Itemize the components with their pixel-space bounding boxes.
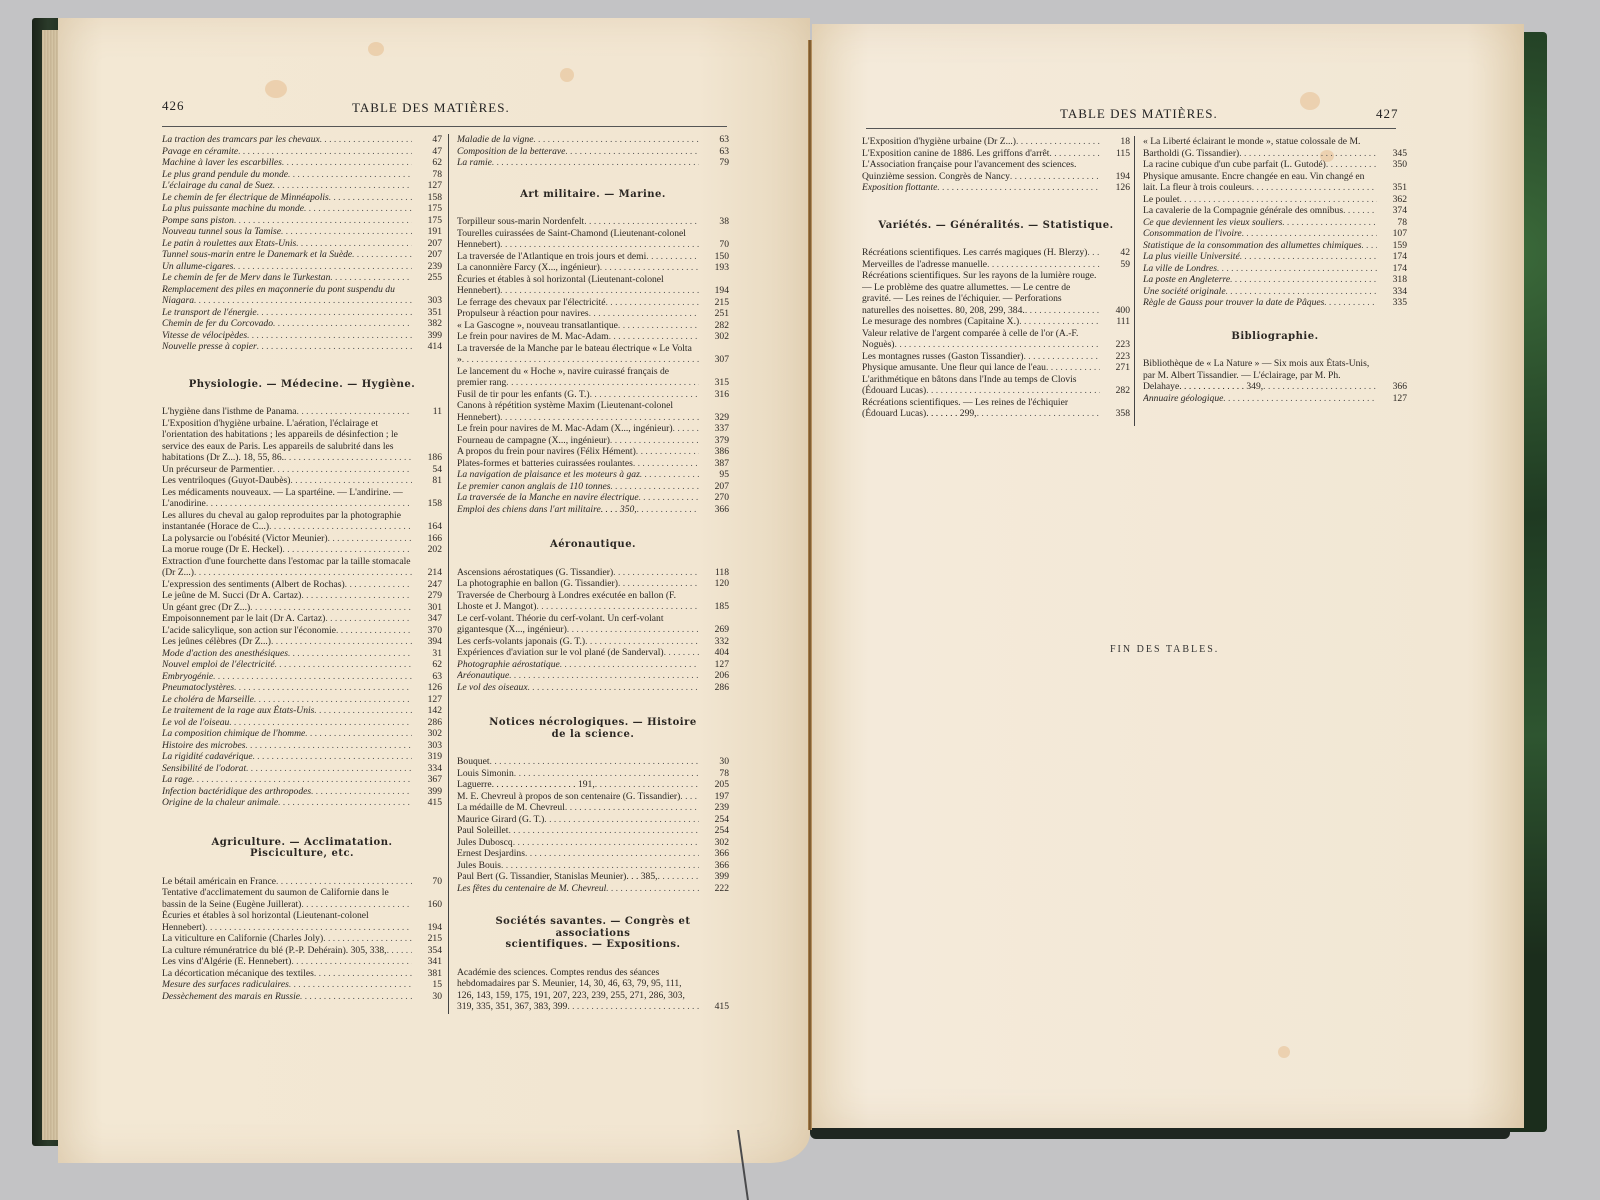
toc-entry-page: 351 xyxy=(412,307,442,319)
toc-entry: Le frein pour navires de M. Mac-Adam (X.… xyxy=(457,423,729,435)
toc-entry-title: Louis Simonin xyxy=(457,768,699,780)
toc-entry: L'Exposition canine de 1886. Les griffon… xyxy=(862,148,1130,160)
toc-entry-page: 186 xyxy=(412,452,442,464)
toc-entry-title: Physique amusante. Encre changée en eau.… xyxy=(1143,171,1377,194)
toc-entry-page: 399 xyxy=(412,330,442,342)
toc-entry-page: 316 xyxy=(699,389,729,401)
toc-entry-page: 194 xyxy=(699,285,729,297)
toc-entry: Le poulet362 xyxy=(1143,194,1407,206)
toc-entry-page: 404 xyxy=(699,647,729,659)
toc-entry-title: Fourneau de campagne (X..., ingénieur) xyxy=(457,435,699,447)
toc-entry: L'expression des sentiments (Albert de R… xyxy=(162,579,442,591)
toc-entry: La traversée de la Manche par le bateau … xyxy=(457,343,729,366)
toc-entry: Expériences d'aviation sur le vol plané … xyxy=(457,647,729,659)
toc-entry-page: 54 xyxy=(412,464,442,476)
toc-entry-title: Infection bactéridique des arthropodes xyxy=(162,786,412,798)
toc-entry-page: 222 xyxy=(699,883,729,895)
toc-entry-page: 303 xyxy=(412,295,442,307)
toc-entry-page: 59 xyxy=(1100,259,1130,271)
toc-entry-page: 126 xyxy=(1100,182,1130,194)
toc-entry: La traversée de la Manche en navire élec… xyxy=(457,492,729,504)
toc-entry: Le ferrage des chevaux par l'électricité… xyxy=(457,297,729,309)
toc-entry-title: La morue rouge (Dr E. Heckel) xyxy=(162,544,412,556)
toc-entry: Extraction d'une fourchette dans l'estom… xyxy=(162,556,442,579)
toc-entry: Les fêtes du centenaire de M. Chevreul22… xyxy=(457,883,729,895)
toc-entry-page: 394 xyxy=(412,636,442,648)
toc-entry-title: Tourelles cuirassées de Saint-Chamond (L… xyxy=(457,228,699,251)
toc-entry-title: Le choléra de Marseille xyxy=(162,694,412,706)
toc-entry: Bouquet30 xyxy=(457,756,729,768)
toc-entry-title: A propos du frein pour navires (Félix Hé… xyxy=(457,446,699,458)
toc-entry-title: Récréations scientifiques. Les carrés ma… xyxy=(862,247,1100,259)
toc-entry: L'Association française pour l'avancemen… xyxy=(862,159,1130,182)
toc-entry-page: 70 xyxy=(699,239,729,251)
toc-entry-title: Les fêtes du centenaire de M. Chevreul xyxy=(457,883,699,895)
toc-entry: Emploi des chiens dans l'art militaire. … xyxy=(457,504,729,516)
toc-entry-page: 207 xyxy=(412,249,442,261)
toc-entry-title: Nouvelle presse à copier xyxy=(162,341,412,353)
toc-entry-page: 215 xyxy=(699,297,729,309)
toc-entry: Louis Simonin78 xyxy=(457,768,729,780)
running-head-right: TABLE DES MATIÈRES. xyxy=(1060,106,1218,122)
toc-entry-page: 158 xyxy=(412,498,442,510)
toc-entry: Photographie aérostatique127 xyxy=(457,659,729,671)
toc-entry: L'acide salicylique, son action sur l'éc… xyxy=(162,625,442,637)
toc-entry: La rage367 xyxy=(162,774,442,786)
toc-entry-title: Le chemin de fer électrique de Minnéapol… xyxy=(162,192,412,204)
toc-entry-title: La ville de Londres xyxy=(1143,263,1377,275)
toc-entry-page: 127 xyxy=(1377,393,1407,405)
foxing-stain xyxy=(1300,92,1320,110)
toc-entry: Consommation de l'ivoire107 xyxy=(1143,228,1407,240)
toc-entry-page: 118 xyxy=(699,567,729,579)
foxing-stain xyxy=(1278,1046,1290,1058)
toc-entry-page: 47 xyxy=(412,134,442,146)
toc-entry: Les allures du cheval au galop reproduit… xyxy=(162,510,442,533)
toc-entry-page: 30 xyxy=(412,991,442,1003)
toc-entry-page: 302 xyxy=(699,837,729,849)
toc-entry-page: 399 xyxy=(699,871,729,883)
toc-column-left-2: Maladie de la vigne63Composition de la b… xyxy=(448,134,729,1014)
toc-entry-page: 127 xyxy=(699,659,729,671)
toc-entry-title: Statistique de la consommation des allum… xyxy=(1143,240,1377,252)
toc-entry-page: 399 xyxy=(412,786,442,798)
toc-entry: Le vol de l'oiseau286 xyxy=(162,717,442,729)
toc-entry: La morue rouge (Dr E. Heckel)202 xyxy=(162,544,442,556)
toc-entry-title: Règle de Gauss pour trouver la date de P… xyxy=(1143,297,1377,309)
toc-entry-title: L'expression des sentiments (Albert de R… xyxy=(162,579,412,591)
book-gutter xyxy=(808,40,812,1130)
toc-entry-title: Le frein pour navires de M. Mac-Adam (X.… xyxy=(457,423,699,435)
toc-entry-page: 286 xyxy=(699,682,729,694)
toc-entry: Empoisonnement par le lait (Dr A. Cartaz… xyxy=(162,613,442,625)
toc-entry-title: Les jeûnes célèbres (Dr Z...) xyxy=(162,636,412,648)
section-heading-line: Art militaire. — Marine. xyxy=(457,189,729,201)
toc-entry: Statistique de la consommation des allum… xyxy=(1143,240,1407,252)
toc-entry-title: Le ferrage des chevaux par l'électricité xyxy=(457,297,699,309)
toc-entry-title: Récréations scientifiques. — Les reines … xyxy=(862,397,1100,420)
toc-entry-title: Pompe sans piston xyxy=(162,215,412,227)
toc-entry: Nouveau tunnel sous la Tamise191 xyxy=(162,226,442,238)
toc-entry-page: 194 xyxy=(412,922,442,934)
toc-entry-title: La plus puissante machine du monde xyxy=(162,203,412,215)
toc-entry: Tentative d'acclimatement du saumon de C… xyxy=(162,887,442,910)
toc-entry-page: 366 xyxy=(1377,381,1407,393)
toc-entry-page: 185 xyxy=(699,601,729,613)
toc-entry-page: 11 xyxy=(412,406,442,418)
toc-entry-page: 367 xyxy=(412,774,442,786)
toc-entry: Récréations scientifiques. Sur les rayon… xyxy=(862,270,1130,316)
toc-entry-page: 223 xyxy=(1100,351,1130,363)
section-heading: Notices nécrologiques. — Histoirede la s… xyxy=(457,717,729,740)
toc-entry: Torpilleur sous-marin Nordenfelt38 xyxy=(457,216,729,228)
toc-entry-page: 282 xyxy=(699,320,729,332)
toc-entry-title: Plates-formes et batteries cuirassées ro… xyxy=(457,458,699,470)
toc-entry: Dessèchement des marais en Russie30 xyxy=(162,991,442,1003)
toc-entry: L'éclairage du canal de Suez127 xyxy=(162,180,442,192)
toc-entry-page: 329 xyxy=(699,412,729,424)
section-heading-line: Notices nécrologiques. — Histoire xyxy=(457,717,729,729)
toc-entry: Un géant grec (Dr Z...)301 xyxy=(162,602,442,614)
toc-entry: Le jeûne de M. Succi (Dr A. Cartaz)279 xyxy=(162,590,442,602)
toc-entry-title: La rage xyxy=(162,774,412,786)
section-heading-line: scientifiques. — Expositions. xyxy=(457,939,729,951)
section-heading-line: Bibliographie. xyxy=(1143,331,1407,343)
toc-entry-title: La traversée de l'Atlantique en trois jo… xyxy=(457,251,699,263)
toc-entry-title: Sensibilité de l'odorat xyxy=(162,763,412,775)
toc-entry-page: 254 xyxy=(699,825,729,837)
toc-entry-title: Composition de la betterave xyxy=(457,146,699,158)
toc-entry: Chemin de fer du Corcovado382 xyxy=(162,318,442,330)
toc-entry-title: Les cerfs-volants japonais (G. T.) xyxy=(457,636,699,648)
toc-entry: Récréations scientifiques. Les carrés ma… xyxy=(862,247,1130,259)
toc-entry-title: Récréations scientifiques. Sur les rayon… xyxy=(862,270,1100,316)
toc-entry: Mode d'action des anesthésiques31 xyxy=(162,648,442,660)
toc-entry: Écuries et étables à sol horizontal (Lie… xyxy=(162,910,442,933)
toc-entry-page: 370 xyxy=(412,625,442,637)
toc-entry-title: Nouveau tunnel sous la Tamise xyxy=(162,226,412,238)
toc-entry-title: Écuries et étables à sol horizontal (Lie… xyxy=(162,910,412,933)
toc-entry-title: Photographie aérostatique xyxy=(457,659,699,671)
toc-entry-title: Le plus grand pendule du monde xyxy=(162,169,412,181)
toc-entry-title: Pavage en céramite xyxy=(162,146,412,158)
toc-entry-page: 193 xyxy=(699,262,729,274)
toc-entry-title: Les médicaments nouveaux. — La spartéine… xyxy=(162,487,412,510)
toc-entry-page: 386 xyxy=(699,446,729,458)
toc-entry: Pavage en céramite47 xyxy=(162,146,442,158)
toc-entry: La polysarcie ou l'obésité (Victor Meuni… xyxy=(162,533,442,545)
section-heading: Agriculture. — Acclimatation.Piscicultur… xyxy=(162,837,442,860)
toc-entry: Le premier canon anglais de 110 tonnes20… xyxy=(457,481,729,493)
toc-entry: La traction des tramcars par les chevaux… xyxy=(162,134,442,146)
toc-entry-title: L'Association française pour l'avancemen… xyxy=(862,159,1100,182)
toc-entry-page: 31 xyxy=(412,648,442,660)
toc-entry-title: Le vol de l'oiseau xyxy=(162,717,412,729)
toc-entry-title: Pneumatoclystères xyxy=(162,682,412,694)
toc-entry-title: La culture rémunératrice du blé (P.-P. D… xyxy=(162,945,412,957)
section-heading: Art militaire. — Marine. xyxy=(457,189,729,201)
toc-entry: Pompe sans piston175 xyxy=(162,215,442,227)
toc-entry-title: Dessèchement des marais en Russie xyxy=(162,991,412,1003)
toc-entry: Règle de Gauss pour trouver la date de P… xyxy=(1143,297,1407,309)
toc-entry-title: Les allures du cheval au galop reproduit… xyxy=(162,510,412,533)
toc-entry-page: 78 xyxy=(412,169,442,181)
toc-entry: Les jeûnes célèbres (Dr Z...)394 xyxy=(162,636,442,648)
toc-entry: Le cerf-volant. Théorie du cerf-volant. … xyxy=(457,613,729,636)
toc-entry: La viticulture en Californie (Charles Jo… xyxy=(162,933,442,945)
toc-entry-title: Le mesurage des nombres (Capitaine X.) xyxy=(862,316,1100,328)
toc-entry: Origine de la chaleur animale415 xyxy=(162,797,442,809)
toc-entry-title: Exposition flottante xyxy=(862,182,1100,194)
toc-entry-page: 351 xyxy=(1377,182,1407,194)
toc-entry: La racine cubique d'un cube parfait (L. … xyxy=(1143,159,1407,171)
toc-entry: La plus puissante machine du monde175 xyxy=(162,203,442,215)
section-heading: Physiologie. — Médecine. — Hygiène. xyxy=(162,379,442,391)
end-of-tables: FIN DES TABLES. xyxy=(1110,644,1219,655)
toc-entry: L'Exposition d'hygiène urbaine (Dr Z...)… xyxy=(862,136,1130,148)
foxing-stain xyxy=(560,68,574,82)
toc-entry-title: La traction des tramcars par les chevaux xyxy=(162,134,412,146)
toc-entry-page: 63 xyxy=(699,134,729,146)
section-heading: Sociétés savantes. — Congrès et associat… xyxy=(457,916,729,951)
toc-entry-page: 175 xyxy=(412,203,442,215)
toc-entry: Merveilles de l'adresse manuelle59 xyxy=(862,259,1130,271)
section-heading-line: Pisciculture, etc. xyxy=(162,848,442,860)
toc-column-right-1: L'Exposition d'hygiène urbaine (Dr Z...)… xyxy=(862,136,1130,420)
section-heading-line: Sociétés savantes. — Congrès et associat… xyxy=(457,916,729,939)
toc-entry: La culture rémunératrice du blé (P.-P. D… xyxy=(162,945,442,957)
toc-entry-title: Un géant grec (Dr Z...) xyxy=(162,602,412,614)
toc-entry: Les ventriloques (Guyot-Daubès)81 xyxy=(162,475,442,487)
toc-entry-page: 79 xyxy=(699,157,729,169)
toc-entry-page: 120 xyxy=(699,578,729,590)
toc-entry: Histoire des microbes303 xyxy=(162,740,442,752)
toc-entry-title: Valeur relative de l'argent comparée à c… xyxy=(862,328,1100,351)
toc-entry-title: Embryogénie xyxy=(162,671,412,683)
toc-entry-page: 78 xyxy=(699,768,729,780)
toc-entry: Aréonautique206 xyxy=(457,670,729,682)
toc-entry-title: Le lancement du « Hoche », navire cuiras… xyxy=(457,366,699,389)
toc-entry-title: La canonnière Farcy (X..., ingénieur) xyxy=(457,262,699,274)
running-head-left: TABLE DES MATIÈRES. xyxy=(352,100,510,116)
toc-entry-title: Propulseur à réaction pour navires xyxy=(457,308,699,320)
toc-entry-title: La décortication mécanique des textiles xyxy=(162,968,412,980)
toc-entry-title: Jules Duboscq xyxy=(457,837,699,849)
toc-entry-title: Le chemin de fer de Merv dans le Turkest… xyxy=(162,272,412,284)
toc-entry-title: Chemin de fer du Corcovado xyxy=(162,318,412,330)
toc-entry-title: L'hygiène dans l'isthme de Panama xyxy=(162,406,412,418)
toc-entry-title: La plus vieille Université xyxy=(1143,251,1377,263)
toc-entry-title: Paul Soleillet xyxy=(457,825,699,837)
toc-entry-title: La médaille de M. Chevreul xyxy=(457,802,699,814)
toc-entry-page: 381 xyxy=(412,968,442,980)
section-heading-line: de la science. xyxy=(457,729,729,741)
toc-entry-page: 214 xyxy=(412,567,442,579)
toc-entry: Infection bactéridique des arthropodes39… xyxy=(162,786,442,798)
toc-entry-title: Un allume-cigares xyxy=(162,261,412,273)
header-rule-right xyxy=(866,128,1396,129)
toc-entry-title: Ascensions aérostatiques (G. Tissandier) xyxy=(457,567,699,579)
toc-entry: Canons à répétition système Maxim (Lieut… xyxy=(457,400,729,423)
toc-entry-page: 127 xyxy=(412,694,442,706)
section-heading-line: Agriculture. — Acclimatation. xyxy=(162,837,442,849)
toc-entry: Plates-formes et batteries cuirassées ro… xyxy=(457,458,729,470)
section-heading-line: Variétés. — Généralités. — Statistique. xyxy=(862,220,1130,232)
toc-entry-page: 15 xyxy=(412,979,442,991)
toc-entry-page: 158 xyxy=(412,192,442,204)
toc-entry-page: 175 xyxy=(412,215,442,227)
toc-entry: La navigation de plaisance et les moteur… xyxy=(457,469,729,481)
toc-entry: Mesure des surfaces radiculaires15 xyxy=(162,979,442,991)
toc-entry-title: Maurice Girard (G. T.) xyxy=(457,814,699,826)
toc-entry-page: 301 xyxy=(412,602,442,614)
toc-entry-title: Le poulet xyxy=(1143,194,1377,206)
section-heading-line: Aéronautique. xyxy=(457,539,729,551)
foxing-stain xyxy=(265,80,287,98)
toc-entry-title: L'Exposition d'hygiène urbaine (Dr Z...) xyxy=(862,136,1100,148)
toc-entry-title: L'éclairage du canal de Suez xyxy=(162,180,412,192)
toc-entry-title: « La Liberté éclairant le monde », statu… xyxy=(1143,136,1377,159)
toc-entry: Composition de la betterave63 xyxy=(457,146,729,158)
toc-entry: Une société originale334 xyxy=(1143,286,1407,298)
toc-entry: L'arithmétique en bâtons dans l'Inde au … xyxy=(862,374,1130,397)
toc-entry: Valeur relative de l'argent comparée à c… xyxy=(862,328,1130,351)
toc-entry-page: 362 xyxy=(1377,194,1407,206)
toc-entry: Paul Bert (G. Tissandier, Stanislas Meun… xyxy=(457,871,729,883)
toc-entry-title: Le traitement de la rage aux États-Unis xyxy=(162,705,412,717)
toc-entry-page: 126 xyxy=(412,682,442,694)
toc-entry-page: 206 xyxy=(699,670,729,682)
toc-entry-page: 207 xyxy=(699,481,729,493)
toc-entry: Jules Bouis366 xyxy=(457,860,729,872)
toc-entry-page: 62 xyxy=(412,157,442,169)
toc-entry-page: 159 xyxy=(1377,240,1407,252)
toc-entry-page: 63 xyxy=(412,671,442,683)
toc-entry-title: Maladie de la vigne xyxy=(457,134,699,146)
toc-entry-page: 382 xyxy=(412,318,442,330)
toc-entry-page: 345 xyxy=(1377,148,1407,160)
toc-entry: Exposition flottante126 xyxy=(862,182,1130,194)
toc-entry: Le mesurage des nombres (Capitaine X.)11… xyxy=(862,316,1130,328)
toc-entry-title: La viticulture en Californie (Charles Jo… xyxy=(162,933,412,945)
toc-entry-page: 350 xyxy=(1377,159,1407,171)
toc-entry: Le patin à roulettes aux Etats-Unis207 xyxy=(162,238,442,250)
toc-entry-page: 358 xyxy=(1100,408,1130,420)
toc-entry-page: 197 xyxy=(699,791,729,803)
toc-entry: Le vol des oiseaux286 xyxy=(457,682,729,694)
toc-entry: Sensibilité de l'odorat334 xyxy=(162,763,442,775)
toc-column-right-2: « La Liberté éclairant le monde », statu… xyxy=(1134,136,1407,426)
toc-entry: La poste en Angleterre318 xyxy=(1143,274,1407,286)
toc-entry-title: Ce que deviennent les vieux souliers xyxy=(1143,217,1377,229)
toc-entry-page: 366 xyxy=(699,504,729,516)
toc-entry-title: Tunnel sous-marin entre le Danemark et l… xyxy=(162,249,412,261)
toc-entry-page: 341 xyxy=(412,956,442,968)
toc-entry-title: Paul Bert (G. Tissandier, Stanislas Meun… xyxy=(457,871,699,883)
toc-entry: Paul Soleillet254 xyxy=(457,825,729,837)
toc-entry-page: 38 xyxy=(699,216,729,228)
toc-entry-page: 332 xyxy=(699,636,729,648)
toc-entry-title: La photographie en ballon (G. Tissandier… xyxy=(457,578,699,590)
toc-entry-title: Consommation de l'ivoire xyxy=(1143,228,1377,240)
toc-entry-title: Bibliothèque de « La Nature » — Six mois… xyxy=(1143,358,1377,393)
toc-entry-title: La ramie xyxy=(457,157,699,169)
toc-entry-title: Le cerf-volant. Théorie du cerf-volant. … xyxy=(457,613,699,636)
toc-entry-page: 269 xyxy=(699,624,729,636)
toc-entry: Le frein pour navires de M. Mac-Adam302 xyxy=(457,331,729,343)
toc-entry-title: Tentative d'acclimatement du saumon de C… xyxy=(162,887,412,910)
toc-entry-title: Fusil de tir pour les enfants (G. T.) xyxy=(457,389,699,401)
section-heading: Aéronautique. xyxy=(457,539,729,551)
toc-entry: Remplacement des piles en maçonnerie du … xyxy=(162,284,442,307)
toc-entry-page: 337 xyxy=(699,423,729,435)
toc-entry-title: Emploi des chiens dans l'art militaire. … xyxy=(457,504,699,516)
toc-entry-page: 335 xyxy=(1377,297,1407,309)
toc-entry-page: 254 xyxy=(699,814,729,826)
toc-entry-title: Le transport de l'énergie xyxy=(162,307,412,319)
toc-entry-title: Un précurseur de Parmentier xyxy=(162,464,412,476)
toc-entry-page: 400 xyxy=(1100,305,1130,317)
toc-entry-title: Écuries et étables à sol horizontal (Lie… xyxy=(457,274,699,297)
toc-entry: Le transport de l'énergie351 xyxy=(162,307,442,319)
toc-entry-page: 239 xyxy=(412,261,442,273)
toc-entry-page: 62 xyxy=(412,659,442,671)
toc-entry-page: 251 xyxy=(699,308,729,320)
header-rule-left xyxy=(162,126,727,127)
toc-entry-title: Laguerre. . . . . . . . . . . . . . . . … xyxy=(457,779,699,791)
toc-entry-title: « La Gascogne », nouveau transatlantique xyxy=(457,320,699,332)
toc-entry-page: 127 xyxy=(412,180,442,192)
toc-entry: Tourelles cuirassées de Saint-Chamond (L… xyxy=(457,228,729,251)
toc-entry-title: Extraction d'une fourchette dans l'estom… xyxy=(162,556,412,579)
toc-entry-page: 42 xyxy=(1100,247,1130,259)
toc-entry: Maladie de la vigne63 xyxy=(457,134,729,146)
toc-entry: La médaille de M. Chevreul239 xyxy=(457,802,729,814)
toc-entry: Bibliothèque de « La Nature » — Six mois… xyxy=(1143,358,1407,393)
toc-entry-title: L'Exposition d'hygiène urbaine. L'aérati… xyxy=(162,418,412,464)
toc-entry: Le traitement de la rage aux États-Unis1… xyxy=(162,705,442,717)
toc-entry-page: 318 xyxy=(1377,274,1407,286)
toc-entry-title: Les ventriloques (Guyot-Daubès) xyxy=(162,475,412,487)
toc-entry: La rigidité cadavérique319 xyxy=(162,751,442,763)
toc-entry: Récréations scientifiques. — Les reines … xyxy=(862,397,1130,420)
toc-entry-page: 18 xyxy=(1100,136,1130,148)
toc-entry-page: 279 xyxy=(412,590,442,602)
toc-entry-title: Le frein pour navires de M. Mac-Adam xyxy=(457,331,699,343)
toc-entry: Ascensions aérostatiques (G. Tissandier)… xyxy=(457,567,729,579)
toc-entry-title: Canons à répétition système Maxim (Lieut… xyxy=(457,400,699,423)
toc-entry-title: Le bétail américain en France xyxy=(162,876,412,888)
toc-entry: Ce que deviennent les vieux souliers78 xyxy=(1143,217,1407,229)
toc-entry-title: L'Exposition canine de 1886. Les griffon… xyxy=(862,148,1100,160)
toc-entry-page: 334 xyxy=(412,763,442,775)
toc-entry-title: Physique amusante. Une fleur qui lance d… xyxy=(862,362,1100,374)
page-number-right: 427 xyxy=(1376,106,1399,122)
toc-entry: M. E. Chevreul à propos de son centenair… xyxy=(457,791,729,803)
toc-entry-page: 374 xyxy=(1377,205,1407,217)
toc-entry: Vitesse de vélocipèdes399 xyxy=(162,330,442,342)
toc-entry: Nouvel emploi de l'électricité62 xyxy=(162,659,442,671)
toc-entry: Physique amusante. Encre changée en eau.… xyxy=(1143,171,1407,194)
toc-entry: Physique amusante. Une fleur qui lance d… xyxy=(862,362,1130,374)
toc-entry-page: 142 xyxy=(412,705,442,717)
foxing-stain xyxy=(368,42,384,56)
toc-entry-title: Ernest Desjardins xyxy=(457,848,699,860)
toc-entry-page: 414 xyxy=(412,341,442,353)
toc-entry: Tunnel sous-marin entre le Danemark et l… xyxy=(162,249,442,261)
toc-entry-page: 307 xyxy=(699,354,729,366)
toc-entry-title: La navigation de plaisance et les moteur… xyxy=(457,469,699,481)
